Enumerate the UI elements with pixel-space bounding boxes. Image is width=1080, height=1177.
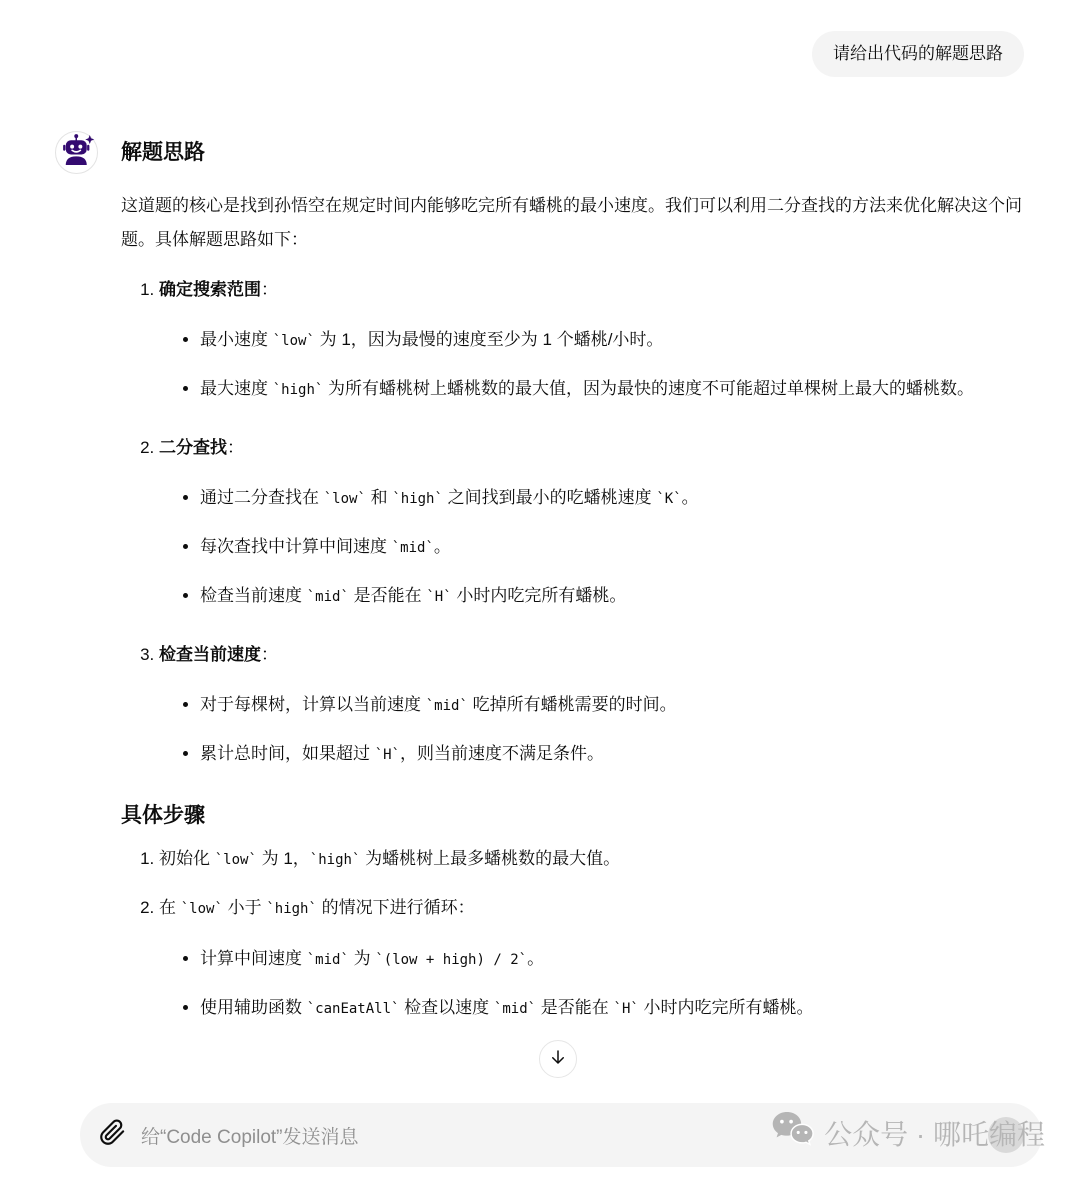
bullet-text: 最大速度 `high` 为所有蟠桃树上蟠桃数的最大值，因为最快的速度不可能超过单…: [200, 379, 974, 398]
text-segment: ，则当前速度不满足条件。: [400, 744, 604, 763]
section-heading-steps: 具体步骤: [121, 802, 1024, 830]
inline-code: `(low + high) / 2`: [375, 952, 527, 968]
text-segment: 检查当前速度: [200, 586, 307, 605]
bullet-item: 对于每棵树，计算以当前速度 `mid` 吃掉所有蟠桃需要的时间。: [200, 688, 1024, 723]
list-item: 确定搜索范围： 最小速度 `low` 为 1，因为最慢的速度至少为 1 个蟠桃/…: [159, 273, 1024, 407]
bullet-text: 每次查找中计算中间速度 `mid`。: [200, 537, 451, 556]
text-segment: 为: [349, 949, 375, 968]
send-button[interactable]: [988, 1117, 1024, 1153]
text-segment: 之间找到最小的吃蟠桃速度: [443, 488, 656, 507]
scroll-to-bottom-button[interactable]: [539, 1040, 577, 1078]
text-segment: 最小速度: [200, 330, 273, 349]
text-segment: 二分查找: [159, 438, 227, 457]
text-segment: ：: [261, 280, 278, 299]
section-heading-approach: 解题思路: [121, 139, 1024, 167]
attach-button[interactable]: [98, 1121, 126, 1149]
user-message-row: 请给出代码的解题思路: [55, 31, 1024, 77]
inline-code: `low`: [273, 333, 315, 349]
bullet-list: 最小速度 `low` 为 1，因为最慢的速度至少为 1 个蟠桃/小时。 最大速度…: [159, 323, 1024, 407]
inline-code: `high`: [392, 491, 443, 507]
bullet-item: 累计总时间，如果超过 `H`，则当前速度不满足条件。: [200, 737, 1024, 772]
inline-code: `H`: [614, 1001, 639, 1017]
list-item-text: 确定搜索范围：: [159, 280, 278, 299]
bullet-item: 最小速度 `low` 为 1，因为最慢的速度至少为 1 个蟠桃/小时。: [200, 323, 1024, 358]
text-segment: 。: [434, 537, 451, 556]
bullet-text: 对于每棵树，计算以当前速度 `mid` 吃掉所有蟠桃需要的时间。: [200, 695, 677, 714]
inline-code: `H`: [375, 747, 400, 763]
composer-bar[interactable]: 给“Code Copilot”发送消息: [80, 1103, 1042, 1167]
text-segment: 计算中间速度: [200, 949, 307, 968]
inline-code: `high`: [273, 382, 324, 398]
text-segment: 吃掉所有蟠桃需要的时间。: [468, 695, 677, 714]
inline-code: `mid`: [307, 952, 349, 968]
bullet-item: 使用辅助函数 `canEatAll` 检查以速度 `mid` 是否能在 `H` …: [200, 991, 1024, 1026]
text-segment: 初始化: [159, 849, 215, 868]
list-item-text: 二分查找：: [159, 438, 244, 457]
bullet-text: 检查当前速度 `mid` 是否能在 `H` 小时内吃完所有蟠桃。: [200, 586, 626, 605]
paperclip-icon: [99, 1119, 126, 1151]
inline-code: `mid`: [426, 698, 468, 714]
inline-code: `K`: [656, 491, 681, 507]
text-segment: 最大速度: [200, 379, 273, 398]
bullet-item: 每次查找中计算中间速度 `mid`。: [200, 530, 1024, 565]
inline-code: `H`: [426, 589, 451, 605]
list-item: 检查当前速度： 对于每棵树，计算以当前速度 `mid` 吃掉所有蟠桃需要的时间。…: [159, 638, 1024, 772]
inline-code: `high`: [266, 901, 317, 917]
list-item: 初始化 `low` 为 1，`high` 为蟠桃树上最多蟠桃数的最大值。: [159, 842, 1024, 877]
list-item-text: 在 `low` 小于 `high` 的情况下进行循环：: [159, 898, 475, 917]
text-segment: 为蟠桃树上最多蟠桃数的最大值。: [360, 849, 620, 868]
arrow-down-icon: [549, 1048, 567, 1071]
approach-list: 确定搜索范围： 最小速度 `low` 为 1，因为最慢的速度至少为 1 个蟠桃/…: [121, 273, 1024, 772]
steps-list: 初始化 `low` 为 1，`high` 为蟠桃树上最多蟠桃数的最大值。 在 `…: [121, 842, 1024, 1026]
list-item-text: 初始化 `low` 为 1，`high` 为蟠桃树上最多蟠桃数的最大值。: [159, 849, 620, 868]
bullet-item: 检查当前速度 `mid` 是否能在 `H` 小时内吃完所有蟠桃。: [200, 579, 1024, 614]
avatar: [55, 131, 98, 174]
bullet-text: 累计总时间，如果超过 `H`，则当前速度不满足条件。: [200, 744, 604, 763]
inline-code: `mid`: [494, 1001, 536, 1017]
text-segment: 检查以速度: [399, 998, 493, 1017]
chat-column: 请给出代码的解题思路: [55, 0, 1024, 1042]
user-message-bubble: 请给出代码的解题思路: [812, 31, 1024, 77]
text-segment: ：: [227, 438, 244, 457]
inline-code: `mid`: [307, 589, 349, 605]
text-segment: 检查当前速度: [159, 645, 261, 664]
assistant-message-row: 解题思路 这道题的核心是找到孙悟空在规定时间内能够吃完所有蟠桃的最小速度。我们可…: [55, 131, 1024, 1042]
text-segment: 对于每棵树，计算以当前速度: [200, 695, 426, 714]
text-segment: 通过二分查找在: [200, 488, 324, 507]
bullet-text: 使用辅助函数 `canEatAll` 检查以速度 `mid` 是否能在 `H` …: [200, 998, 814, 1017]
text-segment: 小时内吃完所有蟠桃。: [452, 586, 627, 605]
text-segment: 。: [682, 488, 699, 507]
text-segment: 小时内吃完所有蟠桃。: [639, 998, 814, 1017]
text-segment: 是否能在: [349, 586, 426, 605]
list-item: 在 `low` 小于 `high` 的情况下进行循环： 计算中间速度 `mid`…: [159, 891, 1024, 1026]
text-segment: 和: [366, 488, 392, 507]
inline-code: `high`: [310, 852, 361, 868]
text-segment: 为 1，: [257, 849, 310, 868]
avatar-column: [55, 131, 121, 1042]
inline-code: `low`: [215, 852, 257, 868]
text-segment: 每次查找中计算中间速度: [200, 537, 392, 556]
composer-input[interactable]: 给“Code Copilot”发送消息: [141, 1122, 1024, 1149]
bullet-item: 最大速度 `high` 为所有蟠桃树上蟠桃数的最大值，因为最快的速度不可能超过单…: [200, 372, 1024, 407]
robot-icon: [59, 132, 95, 173]
intro-paragraph: 这道题的核心是找到孙悟空在规定时间内能够吃完所有蟠桃的最小速度。我们可以利用二分…: [121, 189, 1024, 257]
text-segment: 是否能在: [536, 998, 613, 1017]
text-segment: 累计总时间，如果超过: [200, 744, 375, 763]
inline-code: `canEatAll`: [307, 1001, 400, 1017]
list-item-text: 检查当前速度：: [159, 645, 278, 664]
bullet-list: 通过二分查找在 `low` 和 `high` 之间找到最小的吃蟠桃速度 `K`。…: [159, 481, 1024, 614]
bullet-list: 计算中间速度 `mid` 为 `(low + high) / 2`。 使用辅助函…: [159, 942, 1024, 1026]
bullet-text: 通过二分查找在 `low` 和 `high` 之间找到最小的吃蟠桃速度 `K`。: [200, 488, 699, 507]
text-segment: ：: [261, 645, 278, 664]
text-segment: 为所有蟠桃树上蟠桃数的最大值，因为最快的速度不可能超过单棵树上最大的蟠桃数。: [323, 379, 974, 398]
text-segment: 。: [527, 949, 544, 968]
text-segment: 在: [159, 898, 181, 917]
inline-code: `low`: [324, 491, 366, 507]
assistant-message-content: 解题思路 这道题的核心是找到孙悟空在规定时间内能够吃完所有蟠桃的最小速度。我们可…: [121, 131, 1024, 1042]
inline-code: `mid`: [392, 540, 434, 556]
text-segment: 确定搜索范围: [159, 280, 261, 299]
list-item: 二分查找： 通过二分查找在 `low` 和 `high` 之间找到最小的吃蟠桃速…: [159, 431, 1024, 614]
inline-code: `low`: [181, 901, 223, 917]
bullet-list: 对于每棵树，计算以当前速度 `mid` 吃掉所有蟠桃需要的时间。 累计总时间，如…: [159, 688, 1024, 772]
bullet-text: 最小速度 `low` 为 1，因为最慢的速度至少为 1 个蟠桃/小时。: [200, 330, 663, 349]
text-segment: 的情况下进行循环：: [317, 898, 475, 917]
text-segment: 小于: [223, 898, 266, 917]
text-segment: 为 1，因为最慢的速度至少为 1 个蟠桃/小时。: [315, 330, 664, 349]
bullet-item: 通过二分查找在 `low` 和 `high` 之间找到最小的吃蟠桃速度 `K`。: [200, 481, 1024, 516]
bullet-item: 计算中间速度 `mid` 为 `(low + high) / 2`。: [200, 942, 1024, 977]
text-segment: 使用辅助函数: [200, 998, 307, 1017]
bullet-text: 计算中间速度 `mid` 为 `(low + high) / 2`。: [200, 949, 544, 968]
